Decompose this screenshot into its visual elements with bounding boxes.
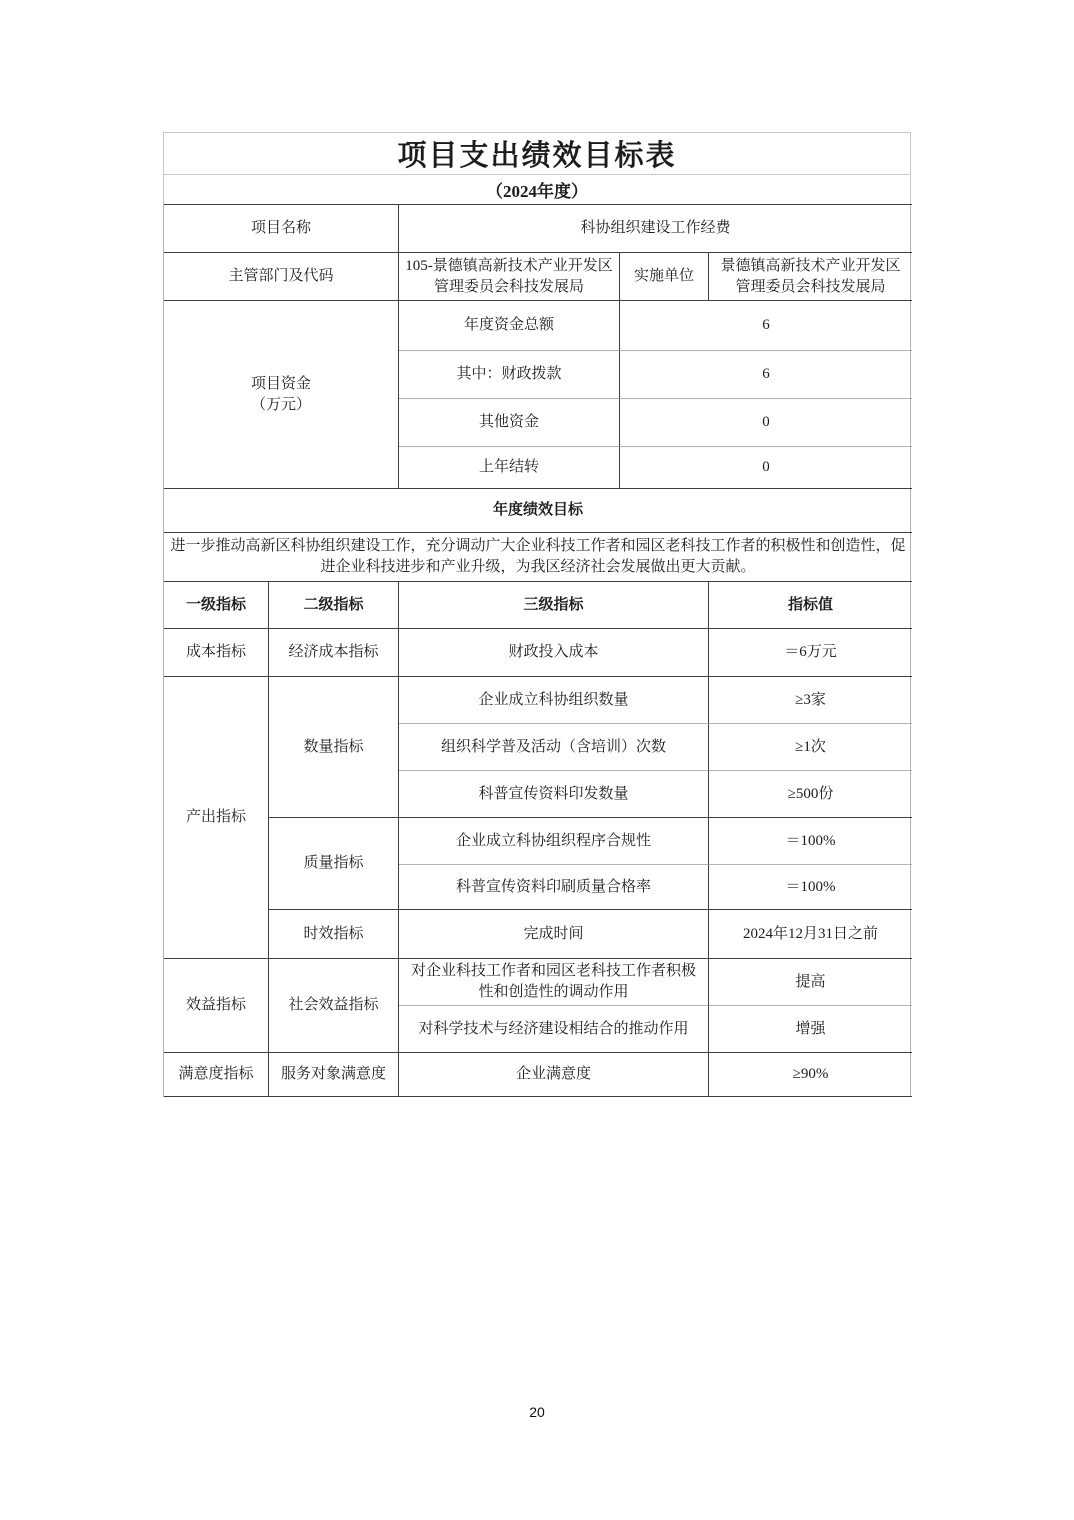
department-label: 主管部门及代码 — [164, 253, 399, 301]
indicator-value: ＝100% — [709, 865, 912, 910]
indicator-l1: 成本指标 — [164, 629, 269, 677]
performance-table-frame: 项目名称 科协组织建设工作经费 主管部门及代码 105-景德镇高新技术产业开发区… — [163, 204, 911, 1097]
title-block: 项目支出绩效目标表 （2024年度） — [163, 132, 911, 204]
header-value: 指标值 — [709, 582, 912, 629]
indicator-l3: 财政投入成本 — [399, 629, 709, 677]
indicator-header-row: 一级指标 二级指标 三级指标 指标值 — [164, 582, 912, 629]
header-level2: 二级指标 — [269, 582, 399, 629]
performance-target-sheet: 项目支出绩效目标表 （2024年度） 项目名称 科协组织建设工作经费 主管部门及… — [163, 132, 911, 1097]
indicator-l2: 质量指标 — [269, 818, 399, 910]
indicator-value: 提高 — [709, 959, 912, 1006]
header-level3: 三级指标 — [399, 582, 709, 629]
indicator-l2: 服务对象满意度 — [269, 1053, 399, 1097]
indicator-l1: 效益指标 — [164, 959, 269, 1053]
indicator-l3: 企业成立科协组织数量 — [399, 677, 709, 724]
fund-row-label: 其中：财政拨款 — [399, 351, 620, 399]
fund-row-value: 0 — [620, 399, 912, 447]
fund-row-label: 年度资金总额 — [399, 301, 620, 351]
header-level1: 一级指标 — [164, 582, 269, 629]
fund-row-label: 其他资金 — [399, 399, 620, 447]
indicator-l3: 组织科学普及活动（含培训）次数 — [399, 724, 709, 771]
indicator-l1: 满意度指标 — [164, 1053, 269, 1097]
department-value: 105-景德镇高新技术产业开发区管理委员会科技发展局 — [399, 253, 620, 301]
indicator-l1: 产出指标 — [164, 677, 269, 959]
indicator-l2: 社会效益指标 — [269, 959, 399, 1053]
table-row: 年度绩效目标 — [164, 489, 912, 533]
indicator-l3: 企业满意度 — [399, 1053, 709, 1097]
table-row: 进一步推动高新区科协组织建设工作，充分调动广大企业科技工作者和园区老科技工作者的… — [164, 533, 912, 582]
implementer-label: 实施单位 — [620, 253, 709, 301]
table-row: 主管部门及代码 105-景德镇高新技术产业开发区管理委员会科技发展局 实施单位 … — [164, 253, 912, 301]
indicator-l2: 经济成本指标 — [269, 629, 399, 677]
table-row: 项目资金 （万元） 年度资金总额 6 — [164, 301, 912, 351]
indicator-l3: 对科学技术与经济建设相结合的推动作用 — [399, 1006, 709, 1053]
fund-row-value: 0 — [620, 447, 912, 489]
indicator-value: ≥500份 — [709, 771, 912, 818]
project-name-label: 项目名称 — [164, 205, 399, 253]
annual-goal-text: 进一步推动高新区科协组织建设工作，充分调动广大企业科技工作者和园区老科技工作者的… — [164, 533, 912, 582]
fund-row-label: 上年结转 — [399, 447, 620, 489]
document-title: 项目支出绩效目标表 — [164, 133, 910, 175]
implementer-value: 景德镇高新技术产业开发区管理委员会科技发展局 — [709, 253, 912, 301]
indicator-l2: 数量指标 — [269, 677, 399, 818]
document-subtitle: （2024年度） — [164, 175, 910, 204]
funds-group-label: 项目资金 （万元） — [164, 301, 399, 489]
indicator-l3: 科普宣传资料印刷质量合格率 — [399, 865, 709, 910]
indicator-l3: 企业成立科协组织程序合规性 — [399, 818, 709, 865]
indicator-row: 成本指标 经济成本指标 财政投入成本 ＝6万元 — [164, 629, 912, 677]
indicator-l3: 对企业科技工作者和园区老科技工作者积极性和创造性的调动作用 — [399, 959, 709, 1006]
indicator-l2: 时效指标 — [269, 910, 399, 959]
indicator-value: ≥90% — [709, 1053, 912, 1097]
indicator-l3: 科普宣传资料印发数量 — [399, 771, 709, 818]
performance-table: 项目名称 科协组织建设工作经费 主管部门及代码 105-景德镇高新技术产业开发区… — [164, 204, 912, 1097]
indicator-row: 质量指标 企业成立科协组织程序合规性 ＝100% — [164, 818, 912, 865]
indicator-value: ＝6万元 — [709, 629, 912, 677]
indicator-row: 产出指标 数量指标 企业成立科协组织数量 ≥3家 — [164, 677, 912, 724]
indicator-value: ≥3家 — [709, 677, 912, 724]
indicator-l3: 完成时间 — [399, 910, 709, 959]
indicator-value: ≥1次 — [709, 724, 912, 771]
page-number: 20 — [0, 1404, 1074, 1420]
table-row: 项目名称 科协组织建设工作经费 — [164, 205, 912, 253]
indicator-value: 增强 — [709, 1006, 912, 1053]
indicator-row: 时效指标 完成时间 2024年12月31日之前 — [164, 910, 912, 959]
annual-goal-header: 年度绩效目标 — [164, 489, 912, 533]
indicator-row: 满意度指标 服务对象满意度 企业满意度 ≥90% — [164, 1053, 912, 1097]
indicator-row: 效益指标 社会效益指标 对企业科技工作者和园区老科技工作者积极性和创造性的调动作… — [164, 959, 912, 1006]
fund-row-value: 6 — [620, 351, 912, 399]
project-name-value: 科协组织建设工作经费 — [399, 205, 912, 253]
fund-row-value: 6 — [620, 301, 912, 351]
indicator-value: ＝100% — [709, 818, 912, 865]
indicator-value: 2024年12月31日之前 — [709, 910, 912, 959]
